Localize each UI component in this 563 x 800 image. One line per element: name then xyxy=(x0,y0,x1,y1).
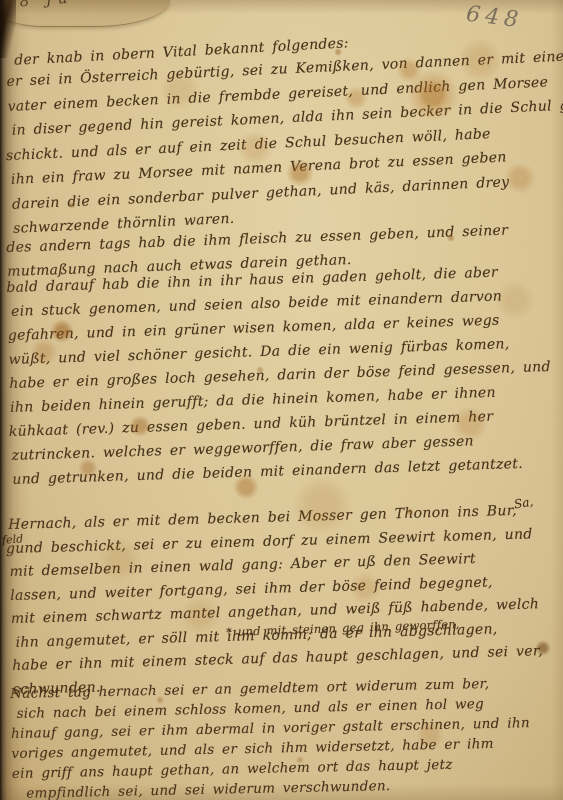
interlinear-insertion-margin: feld xyxy=(2,532,24,546)
paragraph-meadow-vision: bald darauf hab die ihn in ihr haus ein … xyxy=(6,259,554,492)
binding-corner-shadow xyxy=(0,0,16,58)
manuscript-page: 18 Ju 648 der knab in obern Vital bekann… xyxy=(0,0,563,800)
interlinear-insertion-superscript: Sa, xyxy=(513,495,534,512)
paragraph-castle-encounter: Nächst tag hernach sei er an gemeldtem o… xyxy=(10,673,531,800)
page-curl-top-left: 18 Ju xyxy=(0,0,170,27)
paragraph-forest-encounter: Hernach, als er mit dem becken bei Mosse… xyxy=(8,499,544,702)
paragraph-origin-story: er sei in Österreich gebürtig, sei zu Ke… xyxy=(6,44,563,241)
folio-number: 648 xyxy=(465,3,525,34)
